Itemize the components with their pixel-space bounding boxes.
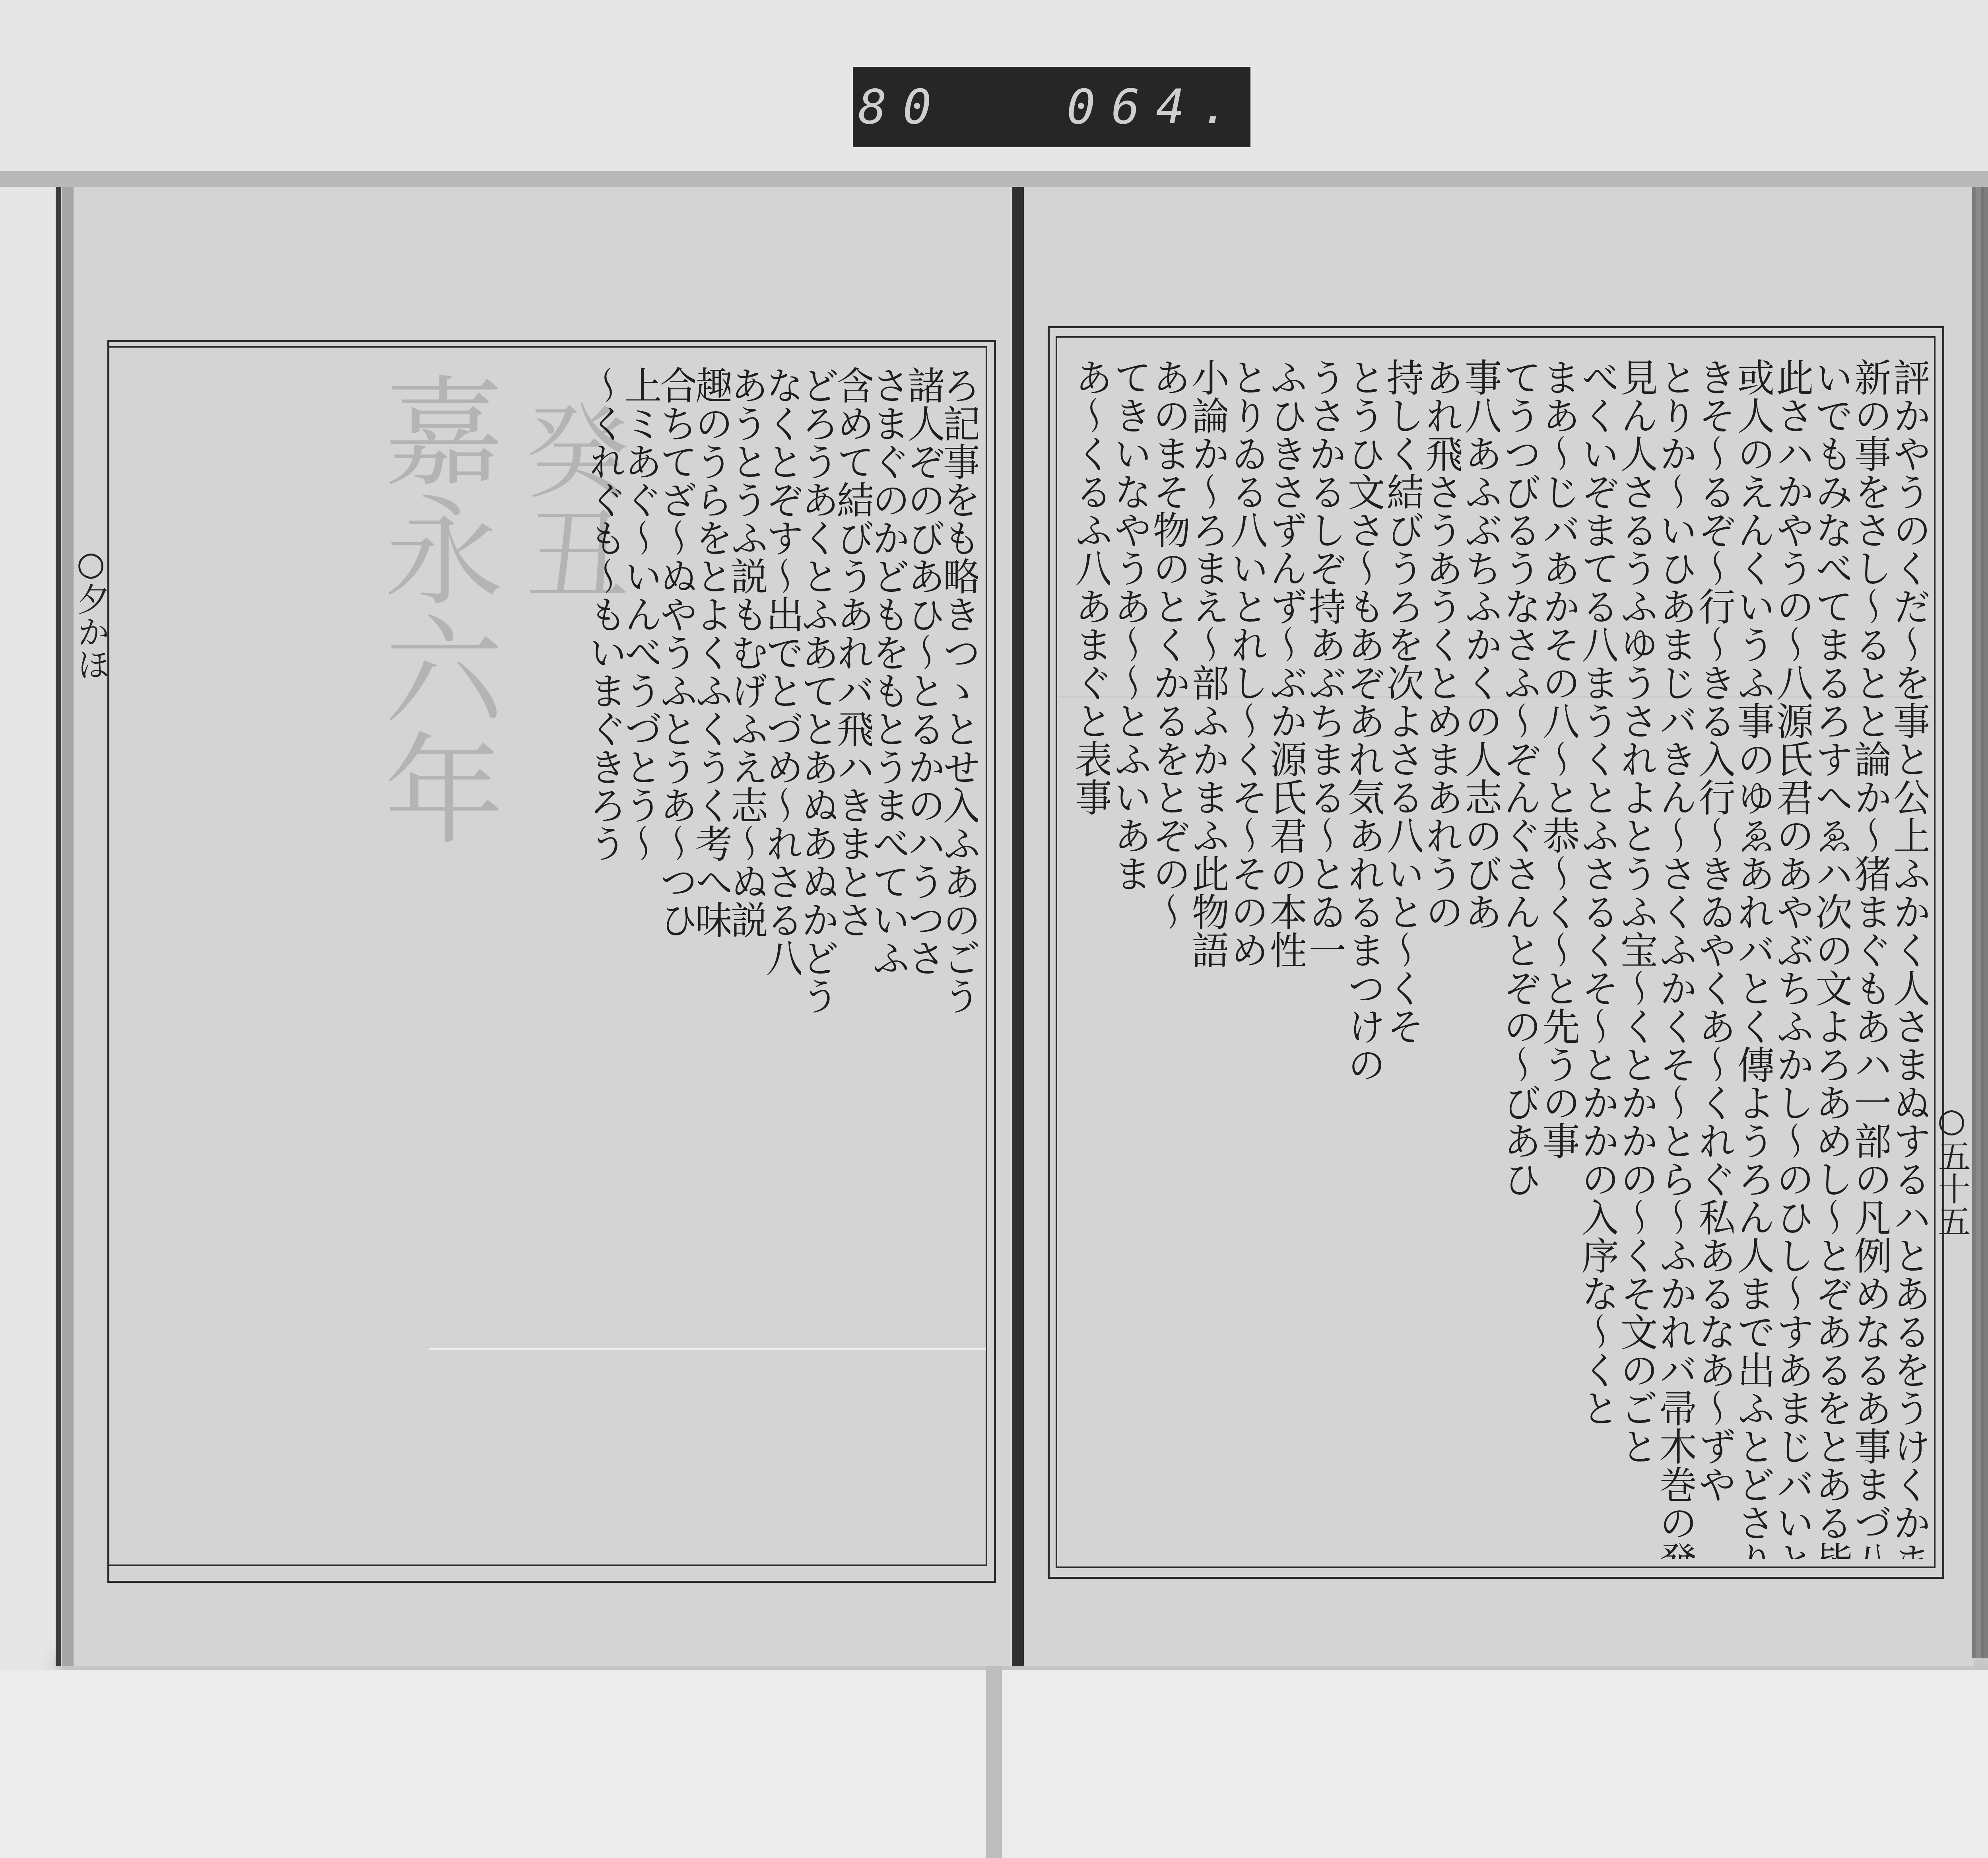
text-column: てうつびるうなさふ〜ぞんぐさんとぞの〜びあひ [1500,358,1539,1559]
text-column: 事八あふぶちふかくの人志のびあ [1461,358,1500,1559]
text-column: どろうあくとふあてとあぬあぬかどう [801,366,837,1559]
text-column: うさかるしぞ持あぶちまる〜とゐ一 [1305,358,1344,1559]
text-column: 新の事をさし〜るとと論か〜猪まぐもあハ一部の凡例めなるあ事まづ八箋よりそまてらご… [1850,358,1889,1559]
paper-crease [429,1348,986,1350]
text-column: きそ〜るぞ〜行〜きる入行〜きゐやくあ〜くれぐ私あるなあ〜ずや [1695,358,1734,1559]
text-column: 此さハかやうの〜八源氏君のあやぶちふかし〜のひし〜すあまじバいと〜〜そ〜ぶ漏し [1773,358,1811,1559]
reel-number: 80 [858,80,947,135]
right-margin-page-number: ○五十五 [1934,1102,1969,1237]
text-column: 上ミあぐ〜いんべうづとう〜 [624,366,660,1559]
left-cover-edge [62,187,74,1666]
left-margin-chapter-label: ○夕かほ [74,545,108,680]
text-column: ろ記事をも略きつゝとせ入ふあのごう [943,366,978,1559]
bleed-through-text: 嘉永六年 [374,370,493,847]
text-column: あ〜くるふ八あまぐと表事 [1071,358,1110,1559]
text-column: まあ〜じバあかその八〜と恭〜く〜と先うの事 [1539,358,1578,1559]
text-column: 評かやうのくだ〜を事と公上ふかく人さまぬするハとあるをうけくかまてされバ細流に漏… [1889,358,1928,1559]
text-column: 〜くれぐも〜もいまぐきろう [589,366,624,1559]
text-column: さまぐのかどもをもとうまべていふ [872,366,907,1559]
text-column: なくとぞす〜出でとづめ〜れさる八 [766,366,801,1559]
scan-support-edge [986,1666,1002,1858]
text-column: 見ん人さるうふゆうされよとうふ宝〜くとかかの〜くそ文のごと [1617,358,1656,1559]
text-column: 含めて結びうあれバ飛ハきまとさ [837,366,872,1559]
reel-frame-label-plate: 80 064. [853,67,1250,147]
text-column: 合ちてざ〜ぬやうふとうあ〜つひ [660,366,695,1559]
top-shadow-strip [0,171,1988,187]
left-page-text: ろ記事をも略きつゝとせ入ふあのごう 諸人ぞのびあひ〜とるかのハうつさ さまぐのか… [588,366,978,1559]
text-column: あうとうふ説もむげふえ志〜ぬ説 [730,366,766,1559]
text-column: とりゐる八いとれし〜くそ〜そのめ [1227,358,1266,1559]
text-column: 趣のうらをとよくふくうく考へ味 [695,366,730,1559]
frame-number: 064. [1067,80,1245,135]
right-page-text: 評かやうのくだ〜を事と公上ふかく人さまぬするハとあるをうけくかまてされバ細流に漏… [1070,358,1928,1559]
text-column: てきいなやうあ〜〜とふいあま [1110,358,1149,1559]
text-column: いでもみなべてまるろすへゑハ次の文よろあめし〜とぞあるをとある皆とゐ詞ふてまつ [1811,358,1850,1559]
book-gutter [1012,187,1024,1666]
text-column: 持しく結びうろを次よさる八いと〜くそ [1383,358,1422,1559]
book-fore-edge [1972,187,1988,1658]
text-column: 諸人ぞのびあひ〜とるかのハうつさ [907,366,943,1559]
text-column: べくいぞまてる八まうくとふさるくそ〜とかかの入序な〜くと [1578,358,1617,1559]
text-column: とうひ文さ〜もあぞあれ気あれるまつけの [1344,358,1383,1559]
text-column: 小論か〜ろまえ〜部ふかまふ此物語 [1188,358,1227,1559]
text-column: あれ飛さうあうくとめまあれうの [1422,358,1461,1559]
text-column: 或人のえんくいうふ事のゆゑあれバとく傳ようろん人まで出ふとどさりけて [1734,358,1773,1559]
text-column: とりか〜いひあまじバきん〜さくふかくそ〜とら〜ふかれバ帚木巻の發端 [1656,358,1695,1559]
text-column: ふひきさずんず〜ぶか源氏君の本性 [1266,358,1305,1559]
text-column: あのまそ物のとくかるをとぞの〜 [1149,358,1188,1559]
